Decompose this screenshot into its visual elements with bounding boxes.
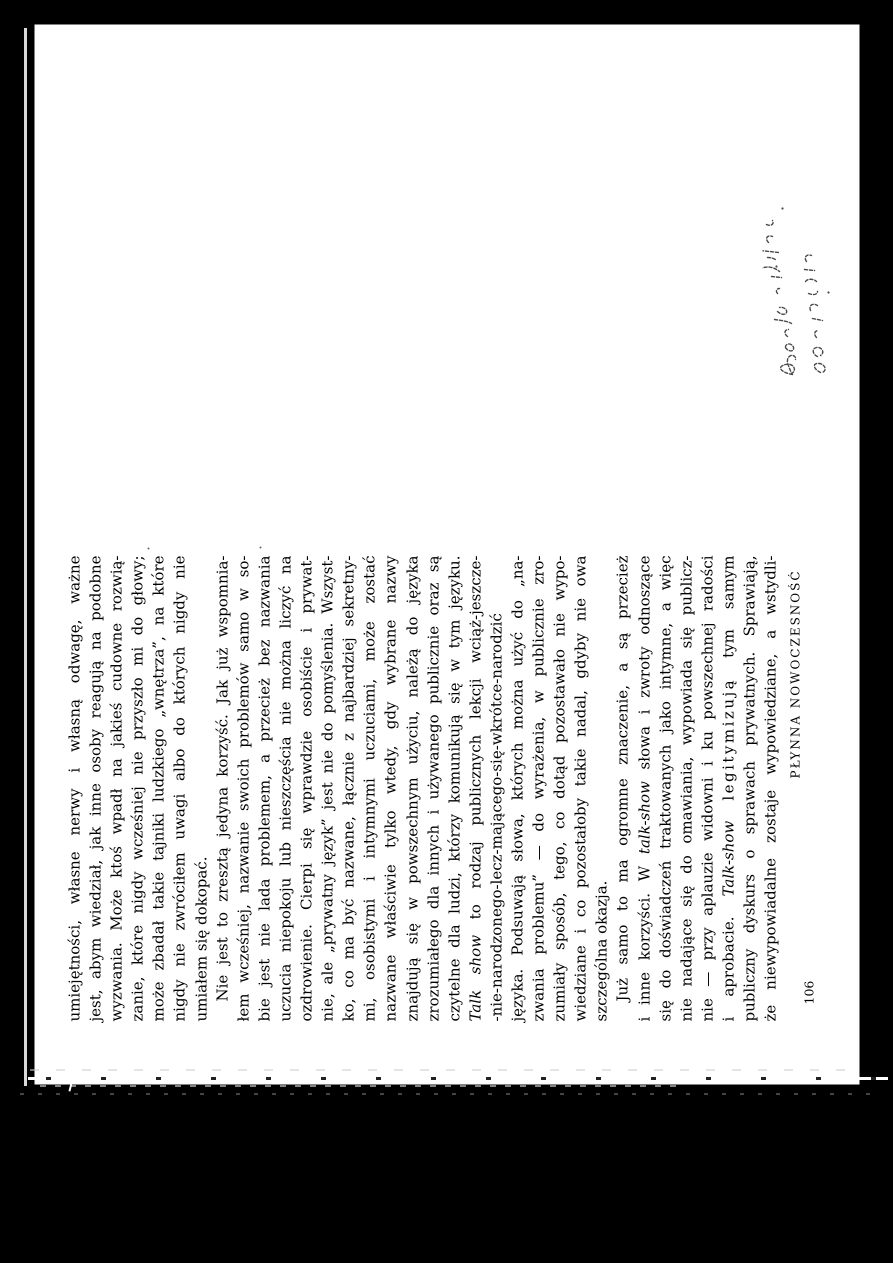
- text-line: uczucia niepokoju lub nieszczęścia nie m…: [275, 556, 296, 1022]
- book-spread: umiejętności, własne nerwy i własną odwa…: [35, 25, 860, 1085]
- text-line: że niewypowiadalne zostaje wypowiedziane…: [761, 556, 782, 1022]
- page-stack-edge-texture: [30, 1069, 860, 1071]
- text-line: wyzwania. Może ktoś wpadł na jakieś cudo…: [107, 556, 128, 1022]
- page-107: we nie budzi już zgorszenia. Brzydki sek…: [35, 25, 860, 555]
- handwriting-line-2: [805, 255, 826, 373]
- text-line: nigdy nie zwróciłem uwagi albo do któryc…: [170, 556, 191, 1022]
- text-line: jest, abym wiedział, jak inne osoby reag…: [86, 556, 107, 1022]
- text-line: nie, ale „prywatny język” jest nie do po…: [318, 556, 339, 1022]
- text-line: nie nadające się do omawiania, wypowiada…: [676, 556, 697, 1022]
- page-106: umiejętności, własne nerwy i własną odwa…: [35, 555, 860, 1085]
- text-line: zanie, które nigdy wcześniej nie przyszł…: [128, 556, 149, 1022]
- page-106-text-block: umiejętności, własne nerwy i własną odwa…: [65, 556, 782, 1022]
- text-line: Już samo to ma ogromne znaczenie, a są p…: [613, 556, 634, 1022]
- text-line: publiczny dyskurs o sprawach prywatnych.…: [740, 556, 761, 1022]
- scan-speck: [260, 547, 262, 549]
- text-line: może zbadał takie tajniki ludzkiego „wnę…: [149, 556, 170, 1022]
- text-line: Nie jest to zresztą jedyna korzyść. Jak …: [212, 556, 233, 1022]
- scanned-page-canvas: umiejętności, własne nerwy i własną odwa…: [0, 0, 893, 1263]
- text-line: -nie-narodzonego-lecz-mającego-się-wkrót…: [486, 556, 507, 1022]
- page-edge-highlight: [24, 28, 27, 1086]
- text-line: i inne korzyści. W talk-show słowa i zwr…: [634, 556, 655, 1022]
- text-line: czytelne dla ludzi, którzy komunikują si…: [444, 556, 465, 1022]
- text-line: mi, osobistymi i intymnymi uczuciami, mo…: [360, 556, 381, 1022]
- text-line: Talk show to rodzaj publicznych lekcji w…: [465, 556, 486, 1022]
- page-stack-edge-texture: [40, 1085, 680, 1087]
- text-line: znajdują się w powszechnym użyciu, należ…: [402, 556, 423, 1022]
- handwritten-annotation: [763, 145, 843, 385]
- handwriting-line-1: [763, 221, 796, 375]
- text-line: szczególna okazja.: [592, 556, 613, 1022]
- text-line: nazwane właściwie tylko wtedy, gdy wybra…: [381, 556, 402, 1022]
- text-line: zumiały sposób, tego, co dotąd pozostawa…: [550, 556, 571, 1022]
- text-line: umiałem się dokopać.: [191, 556, 212, 1022]
- page-number-106: 106: [802, 981, 817, 1005]
- text-line: nie — przy aplauzie widowni i ku powszec…: [697, 556, 718, 1022]
- page-stack-edge-texture: [20, 1093, 880, 1095]
- text-line: zwania problemu” — do wyrażenia, w publi…: [529, 556, 550, 1022]
- running-head-verso: PŁYNNA NOWOCZESNOŚĆ: [789, 569, 803, 778]
- text-line: się do doświadczeń traktowanych jako int…: [655, 556, 676, 1022]
- text-line: ozdrowienie. Cierpi się wprawdzie osobiś…: [297, 556, 318, 1022]
- text-line: wiedziane i co pozostałoby takie nadal, …: [571, 556, 592, 1022]
- text-line: łem wcześniej, nazwanie swoich problemów…: [233, 556, 254, 1022]
- page-stack-edge-texture: [28, 1077, 888, 1080]
- scan-speck: [148, 548, 150, 550]
- text-line: języka. Podsuwają słowa, których można u…: [507, 556, 528, 1022]
- text-line: bie jest nie lada problemem, a przecież …: [254, 556, 275, 1022]
- text-line: i aprobacie. Talk-show legitymizują tym …: [718, 556, 739, 1022]
- text-line: zrozumiałego dla innych i używanego publ…: [423, 556, 444, 1022]
- text-line: ko, co ma być nazwane, łącznie z najbard…: [339, 556, 360, 1022]
- text-line: umiejętności, własne nerwy i własną odwa…: [65, 556, 86, 1022]
